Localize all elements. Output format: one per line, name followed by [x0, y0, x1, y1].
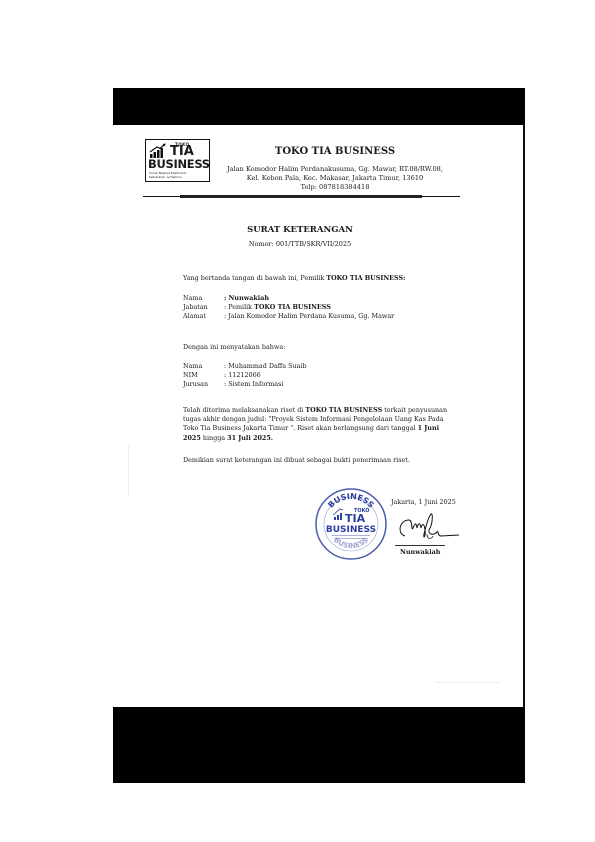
redaction-bar-bottom [113, 707, 525, 783]
document-title: SURAT KETERANGAN [200, 225, 400, 235]
logo-business: BUSINESS [148, 158, 210, 170]
subject-nim-row: NIM11212066 [183, 371, 307, 380]
handwritten-signature [393, 506, 463, 546]
company-logo: TOKO TIA BUSINESS Solusi Belanja Elektro… [145, 139, 210, 182]
letterhead-divider-thick [180, 195, 422, 198]
signer-details: NamaNunwakiah JabatanPemilik TOKO TIA BU… [183, 294, 394, 320]
company-stamp: BUSINESS TOKO TIA BUSINESS BUSINESS [314, 487, 388, 561]
company-name: TOKO TIA BUSINESS [215, 146, 455, 157]
subject-name-row: NamaMuhammad Daffa Suaib [183, 362, 307, 371]
signer-position-row: JabatanPemilik TOKO TIA BUSINESS [183, 303, 394, 312]
company-phone: Telp: 087818384418 [215, 183, 455, 192]
logo-tagline: Solusi Belanja Elektronik, Kebutuhan, & … [149, 171, 189, 179]
signer-name-row: NamaNunwakiah [183, 294, 394, 303]
subject-details: NamaMuhammad Daffa Suaib NIM11212066 Jur… [183, 362, 307, 388]
document-number: Nomor: 001/TTB/SKR/VII/2025 [200, 240, 400, 248]
bar-chart-growth-icon [149, 143, 167, 158]
company-address-line1: Jalan Komodor Halim Perdanakusuma, Gg. M… [215, 165, 455, 174]
subject-major-row: JurusanSistem Informasi [183, 380, 307, 389]
closing-paragraph: Demikian surat keterangan ini dibuat seb… [183, 456, 453, 465]
scan-artifact [435, 682, 500, 683]
svg-text:BUSINESS: BUSINESS [326, 525, 376, 535]
signature-line [395, 545, 445, 546]
scan-artifact [128, 445, 129, 495]
body-paragraph: Telah diterima melaksanakan riset di TOK… [183, 406, 451, 443]
subject-intro: Dengan ini menyatakan bahwa: [183, 343, 453, 352]
signer-address-row: AlamatJalan Komodor Halim Perdana Kusuma… [183, 312, 394, 321]
place-date: Jakarta, 1 Juni 2025 [391, 498, 456, 506]
signer-name: Nunwakiah [400, 548, 440, 556]
page-edge [523, 125, 525, 707]
signer-intro: Yang bertanda tangan di bawah ini, Pemil… [183, 274, 453, 283]
company-address-line2: Kel. Kebon Pala, Kec. Makasar, Jakarta T… [215, 174, 455, 183]
svg-text:TIA: TIA [345, 512, 366, 525]
redaction-bar-top [113, 88, 525, 125]
